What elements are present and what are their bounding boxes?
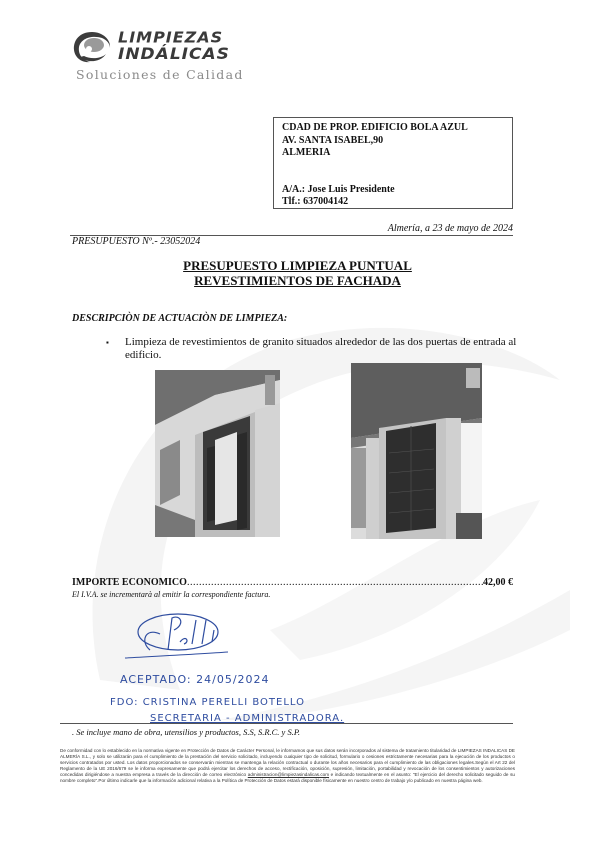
recipient-phone: Tlf.: 637004142 <box>282 196 504 209</box>
description-heading: DESCRIPCIÒN DE ACTUACIÒN DE LIMPIEZA: <box>72 313 287 324</box>
recipient-line2: AV. SANTA ISABEL,90 <box>282 135 504 148</box>
iva-note: El I.V.A. se incrementarà al emitir la c… <box>72 590 270 599</box>
recipient-line1: CDAD DE PROP. EDIFICIO BOLA AZUL <box>282 122 504 135</box>
facade-photo-2 <box>351 363 482 539</box>
document-title: PRESUPUESTO LIMPIEZA PUNTUAL REVESTIMIEN… <box>0 258 595 288</box>
divider <box>60 723 513 724</box>
legal-email-link[interactable]: administracion@limpiezasindalicas.com <box>248 772 329 777</box>
document-date: Almería, a 23 de mayo de 2024 <box>70 223 513 236</box>
amount-leader-dots: ........................................… <box>187 577 483 588</box>
title-line2: REVESTIMIENTOS DE FACHADA <box>0 273 595 288</box>
data-protection-notice: De conformidad con lo establecido en la … <box>60 748 515 784</box>
recipient-address-box: CDAD DE PROP. EDIFICIO BOLA AZUL AV. SAN… <box>273 117 513 209</box>
amount-row: IMPORTE ECONOMICO ......................… <box>72 577 513 588</box>
company-name-line2: INDÁLICAS <box>118 46 230 61</box>
amount-value: 42,00 € <box>483 577 513 588</box>
handwritten-signature <box>120 612 230 662</box>
company-name-line1: LIMPIEZAS <box>118 30 223 45</box>
signed-by-handwritten: FDO: CRISTINA PERELLI BOTELLO <box>110 697 305 708</box>
accepted-date-handwritten: ACEPTADO: 24/05/2024 <box>120 673 270 686</box>
title-line1: PRESUPUESTO LIMPIEZA PUNTUAL <box>0 258 595 273</box>
company-tagline: Soluciones de Calidad <box>76 67 244 82</box>
includes-note: . Se incluye mano de obra, utensilios y … <box>72 727 300 737</box>
swirl-logo-icon <box>72 30 112 64</box>
company-logo: LIMPIEZAS INDÁLICAS Soluciones de Calida… <box>72 28 262 84</box>
recipient-attention: A/A.: Jose Luis Presidente <box>282 184 504 197</box>
amount-label: IMPORTE ECONOMICO <box>72 577 187 588</box>
facade-photo-1 <box>155 370 280 537</box>
description-item-text: Limpieza de revestimientos de granito si… <box>125 336 517 362</box>
budget-number: PRESUPUESTO Nº.- 23052024 <box>72 236 200 247</box>
bullet-icon: ▪ <box>106 336 109 349</box>
recipient-line3: ALMERIA <box>282 147 504 160</box>
